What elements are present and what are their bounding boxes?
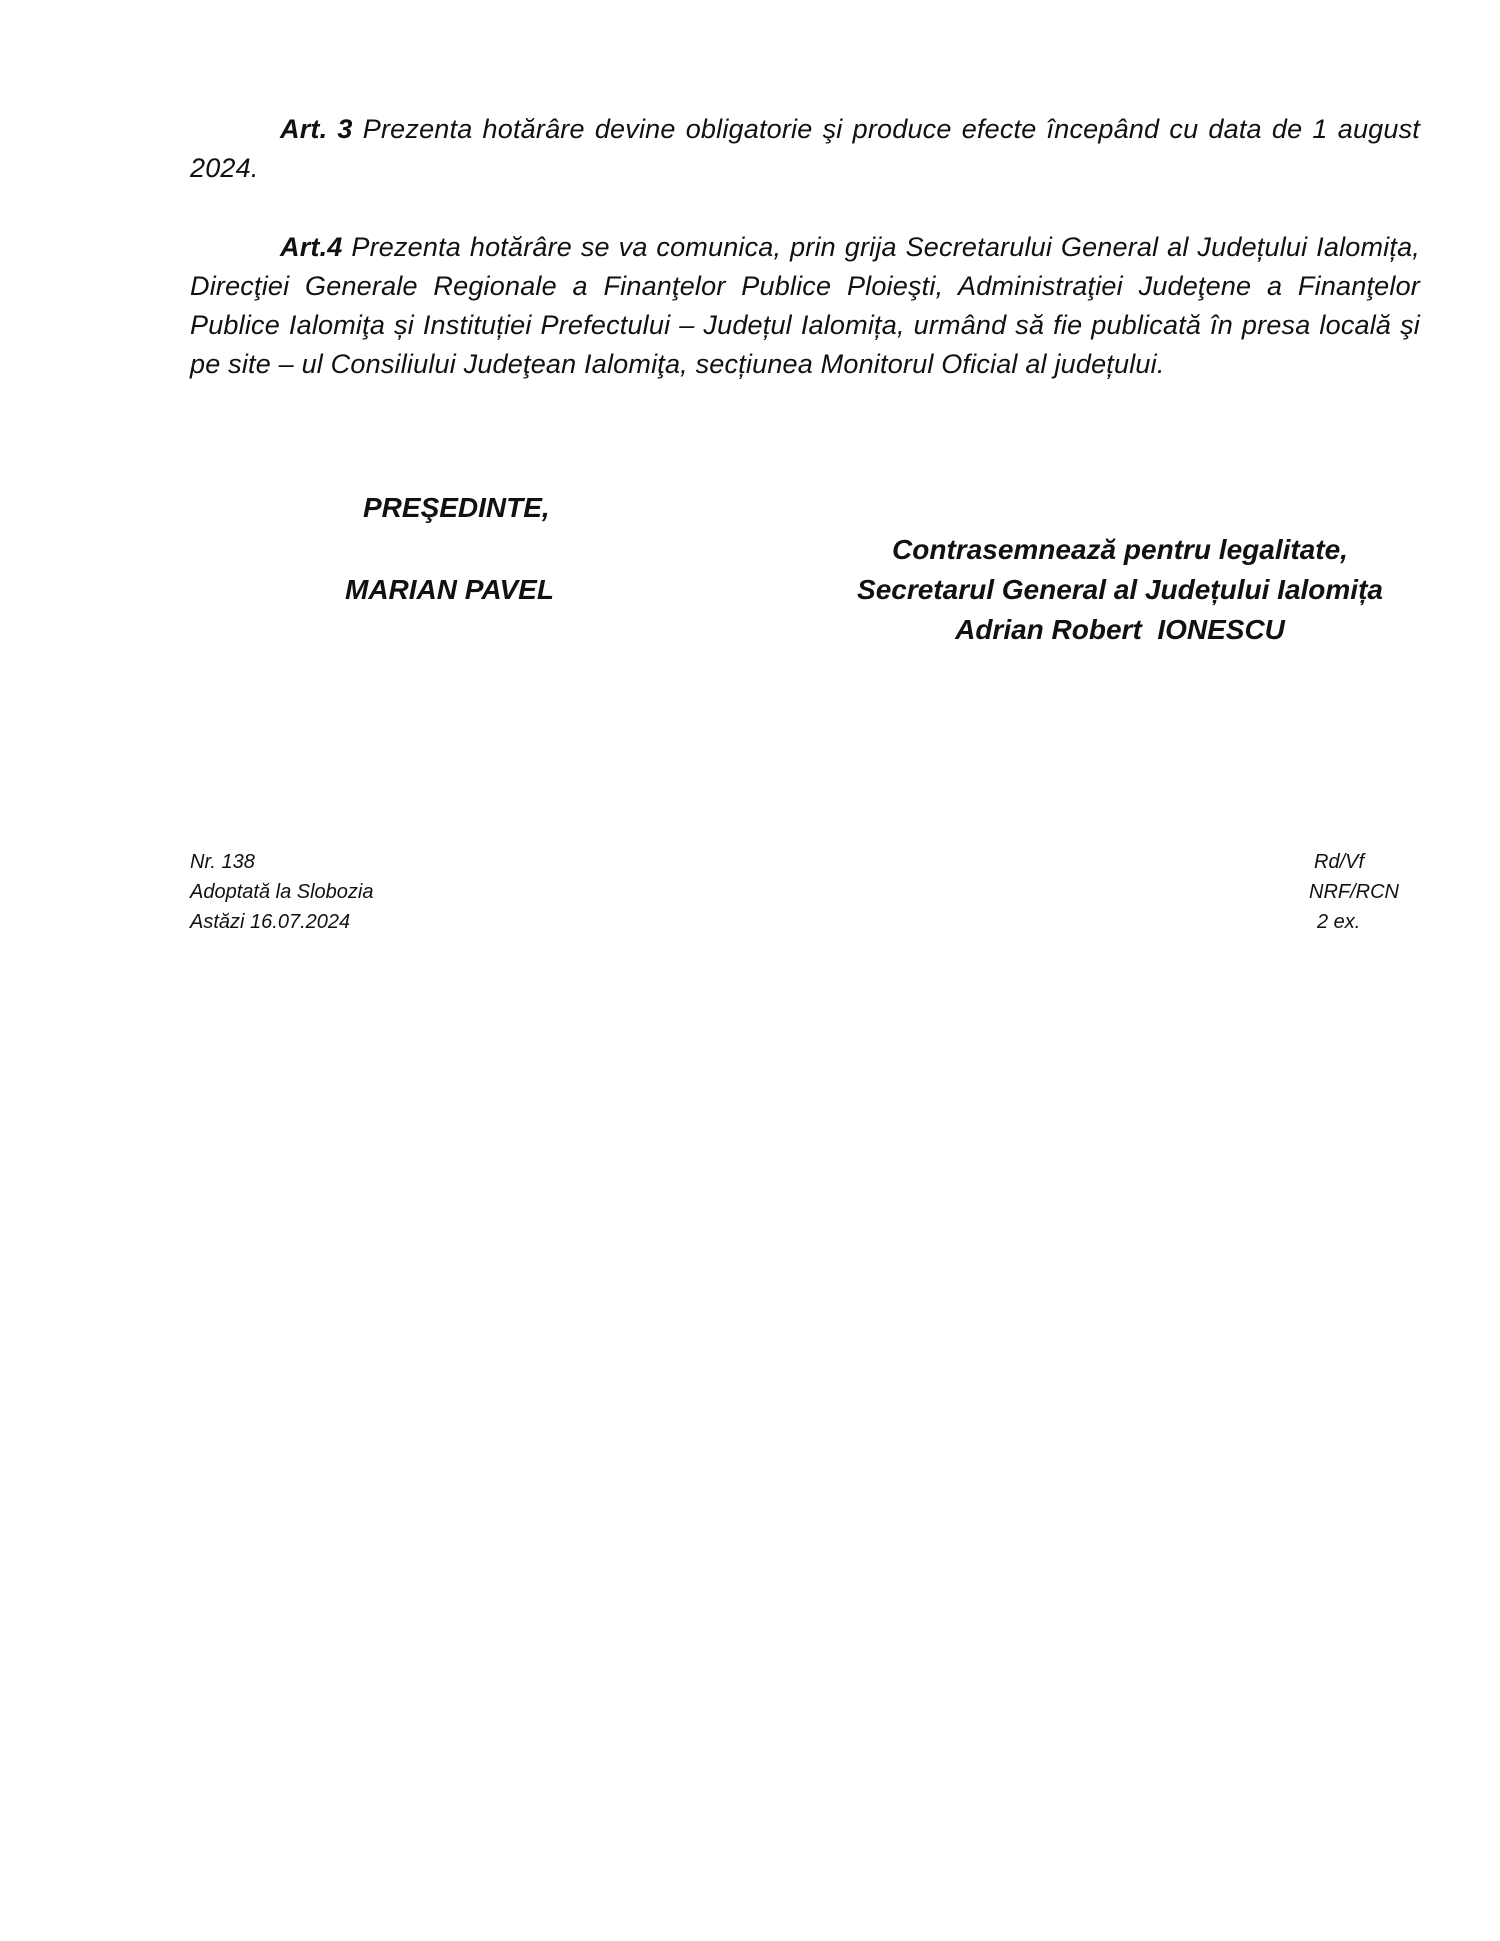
adoption-date: Astăzi 16.07.2024	[190, 907, 373, 937]
president-title: PREŞEDINTE,	[363, 488, 550, 528]
footer-drafting-info: Rd/Vf NRF/RCN 2 ex.	[1300, 847, 1399, 937]
footer-registration-info: Nr. 138 Adoptată la Slobozia Astăzi 16.0…	[190, 847, 373, 937]
article-3-paragraph: Art. 3 Prezenta hotărâre devine obligato…	[190, 110, 1420, 188]
article-4-label: Art.4	[280, 232, 343, 262]
president-name: MARIAN PAVEL	[345, 570, 554, 610]
article-4-text: Prezenta hotărâre se va comunica, prin g…	[190, 232, 1420, 379]
countersignature-block: Contrasemnează pentru legalitate, Secret…	[820, 530, 1420, 650]
author-initials: NRF/RCN	[1300, 877, 1399, 907]
countersign-role: Secretarul General al Județului Ialomița	[820, 570, 1420, 610]
document-page: Art. 3 Prezenta hotărâre devine obligato…	[0, 0, 1500, 1941]
article-3-text: Prezenta hotărâre devine obligatorie şi …	[190, 114, 1420, 183]
copies-count: 2 ex.	[1300, 907, 1399, 937]
article-3-label: Art. 3	[280, 114, 353, 144]
article-4-paragraph: Art.4 Prezenta hotărâre se va comunica, …	[190, 228, 1420, 384]
adoption-place: Adoptată la Slobozia	[190, 877, 373, 907]
countersign-statement: Contrasemnează pentru legalitate,	[820, 530, 1420, 570]
drafted-verified-code: Rd/Vf	[1300, 847, 1399, 877]
decision-number: Nr. 138	[190, 847, 373, 877]
countersign-name: Adrian Robert IONESCU	[820, 610, 1420, 650]
